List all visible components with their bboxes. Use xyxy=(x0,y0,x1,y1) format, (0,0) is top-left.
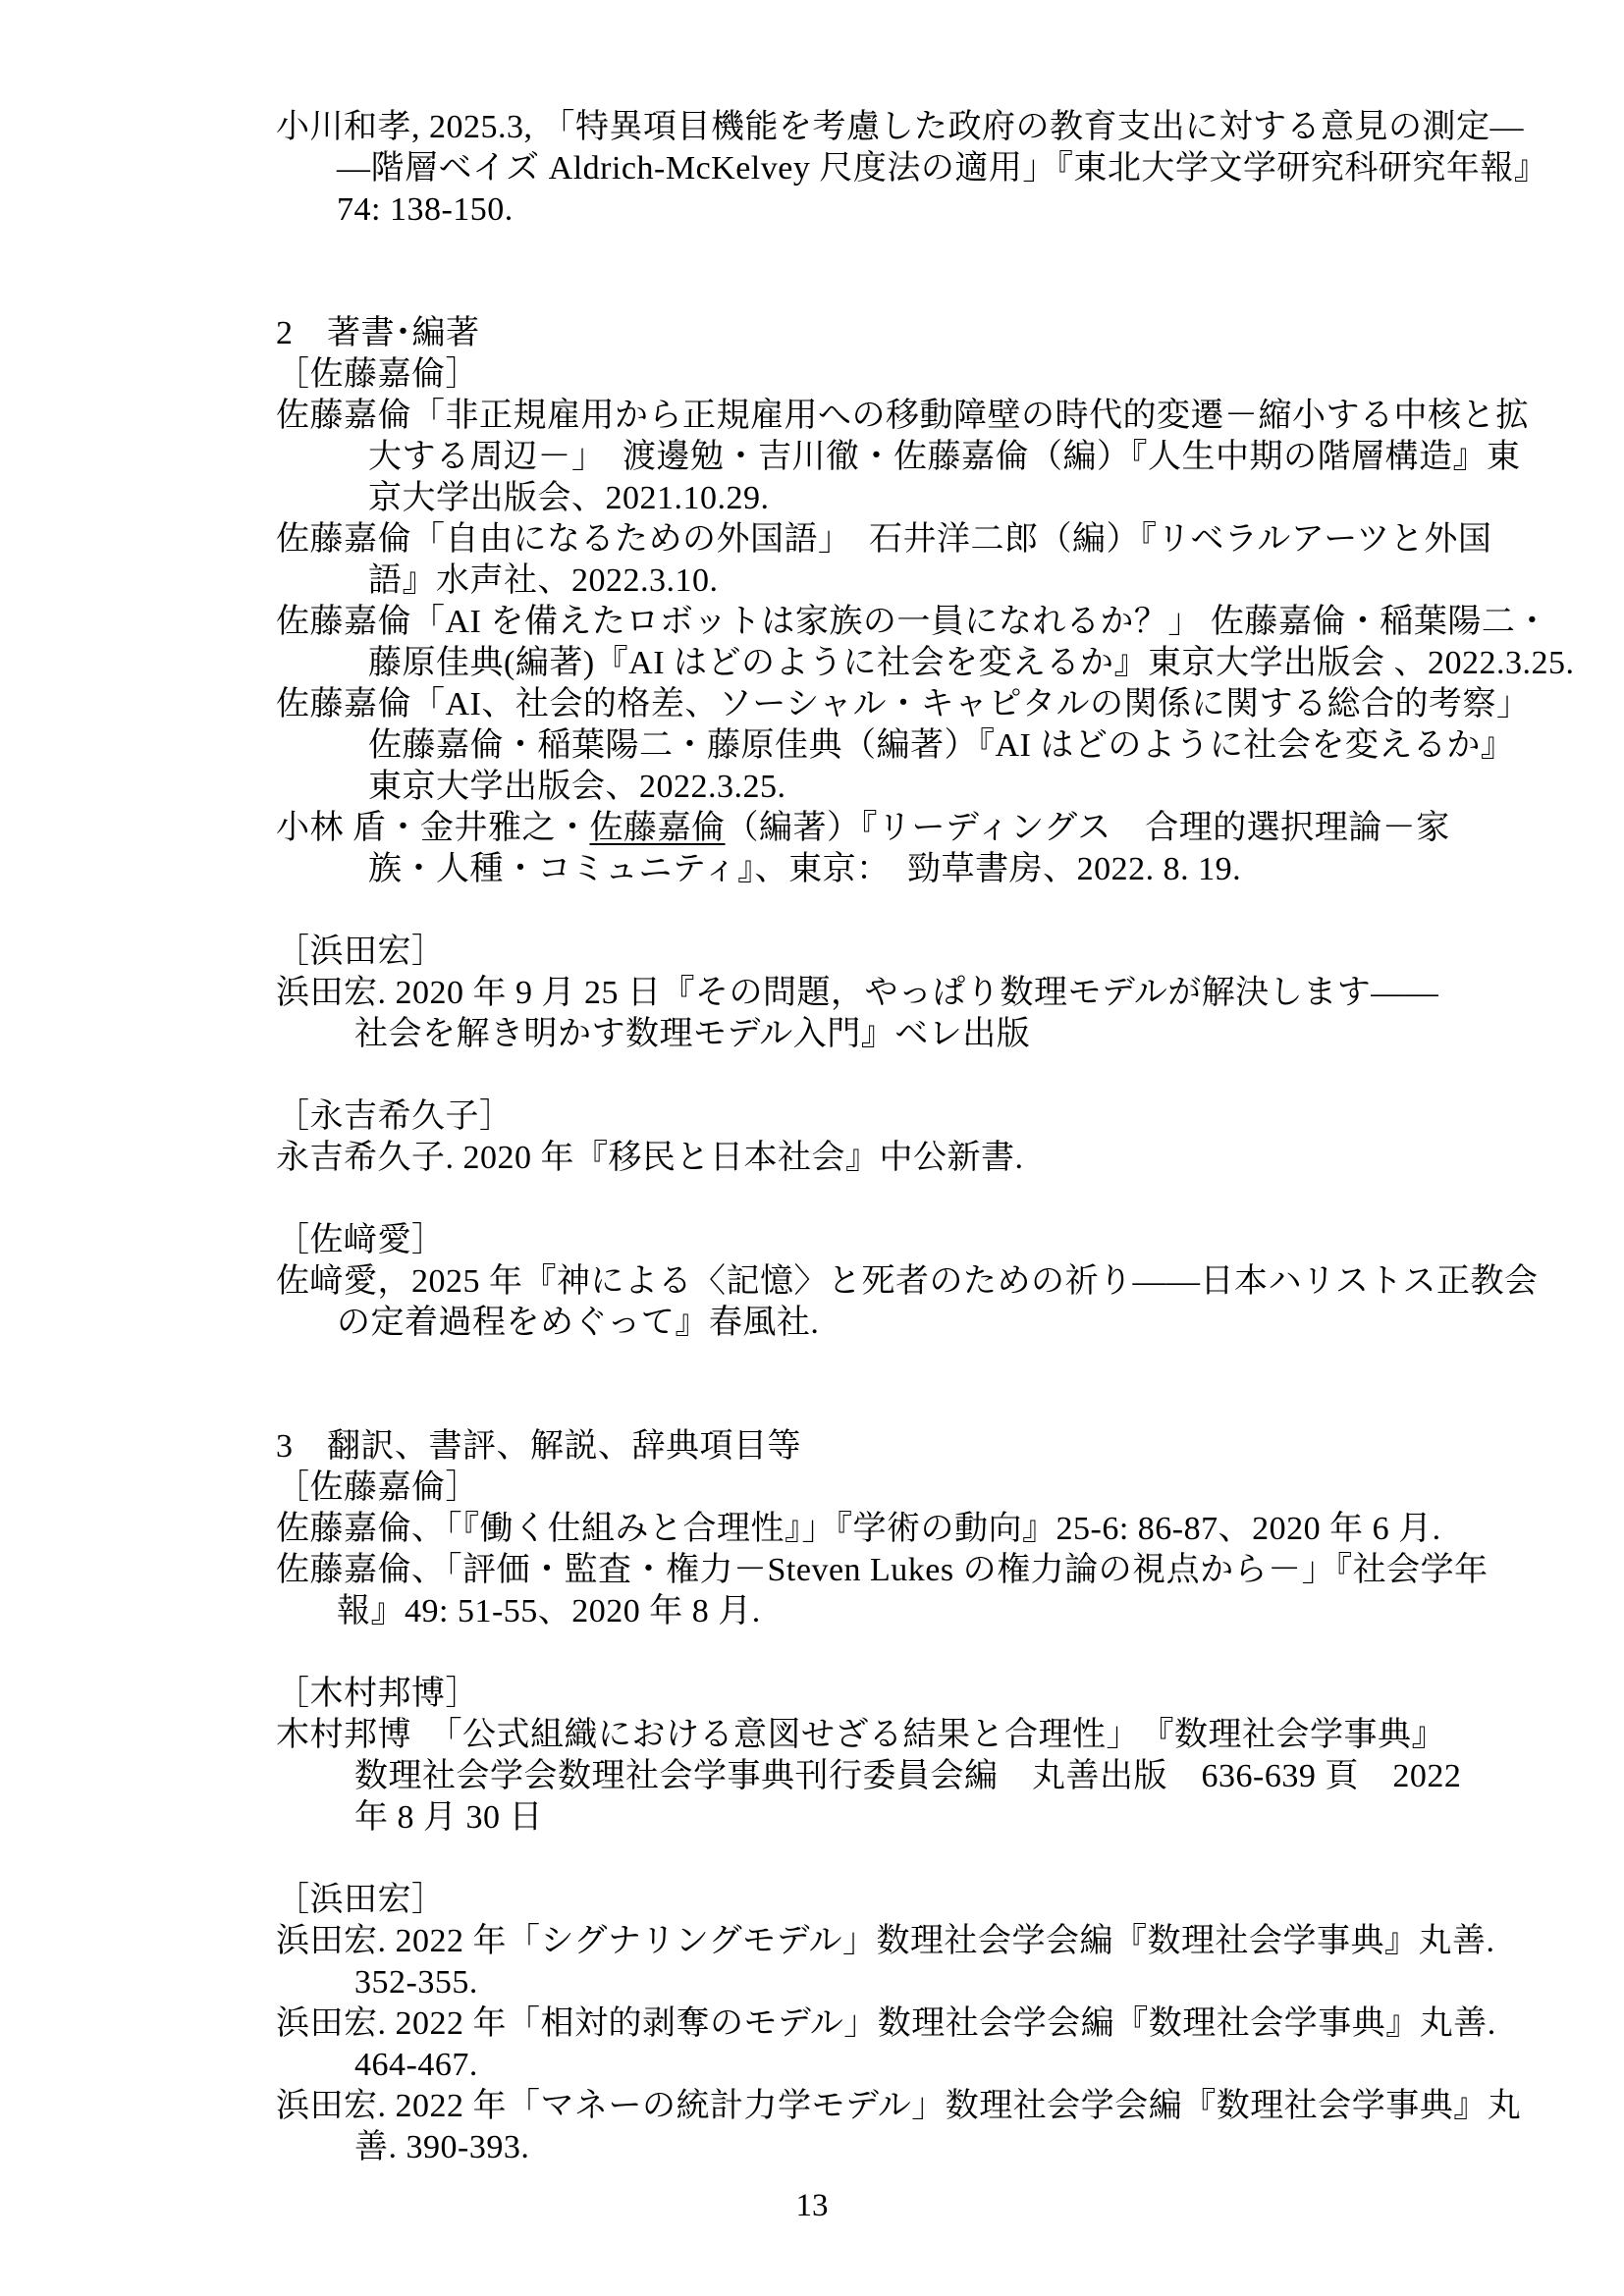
document-line: 2 著書･編著 xyxy=(276,313,1464,354)
document-line: 佐藤嘉倫「自由になるための外国語」 石井洋二郎（編）『リベラルアーツと外国 xyxy=(276,519,1464,561)
blank-line xyxy=(276,1632,1464,1674)
document-line: 木村邦博 「公式組織における意図せざる結果と合理性」 『数理社会学事典』 xyxy=(276,1715,1464,1756)
document-line: 大する周辺－」 渡邊勉・吉川徹・佐藤嘉倫（編）『人生中期の階層構造』東 xyxy=(276,437,1464,478)
document-line: 小川和孝, 2025.3, 「特異項目機能を考慮した政府の教育支出に対する意見の… xyxy=(276,107,1464,148)
text-segment: 小林 盾・金井雅之・ xyxy=(276,810,590,846)
document-line: ［永吉希久子］ xyxy=(276,1096,1464,1138)
page-number: 13 xyxy=(0,2185,1624,2226)
document-line: 永吉希久子. 2020 年『移民と日本社会』中公新書. xyxy=(276,1138,1464,1179)
document-line: 3 翻訳、書評、解説、辞典項目等 xyxy=(276,1426,1464,1468)
document-line: 善. 390-393. xyxy=(276,2127,1464,2168)
document-line: 佐藤嘉倫・稲葉陽二・藤原佳典（編著）『AI はどのように社会を変えるか』 xyxy=(276,725,1464,767)
document-line: 報』49: 51-55、2020 年 8 月. xyxy=(276,1591,1464,1632)
document-line: ［浜田宏］ xyxy=(276,1880,1464,1921)
document-line: ―階層ベイズ Aldrich-McKelvey 尺度法の適用」『東北大学文学研究… xyxy=(276,148,1464,189)
document-line: 年 8 月 30 日 xyxy=(276,1797,1464,1839)
document-line: 佐﨑愛，2025 年『神による〈記憶〉と死者のための祈り――日本ハリストス正教会 xyxy=(276,1261,1464,1303)
document-line: ［佐﨑愛］ xyxy=(276,1220,1464,1261)
document-page: 小川和孝, 2025.3, 「特異項目機能を考慮した政府の教育支出に対する意見の… xyxy=(0,0,1624,2296)
document-line: 佐藤嘉倫「AI を備えたロボットは家族の一員になれるか？」 佐藤嘉倫・稲葉陽二・ xyxy=(276,602,1464,643)
document-line: 族・人種・コミュニティ』、東京： 勁草書房、2022. 8. 19. xyxy=(276,849,1464,890)
document-line: 浜田宏. 2022 年「相対的剥奪のモデル」数理社会学会編『数理社会学事典』丸善… xyxy=(276,2003,1464,2045)
document-line: 352-355. xyxy=(276,1962,1464,2003)
document-line: ［佐藤嘉倫］ xyxy=(276,1468,1464,1509)
blank-line xyxy=(276,231,1464,272)
blank-line xyxy=(276,890,1464,932)
blank-line xyxy=(276,1385,1464,1426)
document-line: 京大学出版会、2021.10.29. xyxy=(276,478,1464,519)
blank-line xyxy=(276,272,1464,313)
document-line: 浜田宏. 2022 年「シグナリングモデル」数理社会学会編『数理社会学事典』丸善… xyxy=(276,1921,1464,1962)
document-line: 佐藤嘉倫、「『働く仕組みと合理性』」『学術の動向』25-6: 86-87、202… xyxy=(276,1509,1464,1550)
document-line: 小林 盾・金井雅之・佐藤嘉倫（編著）『リーディングス 合理的選択理論－家 xyxy=(276,808,1464,849)
document-line: 語』水声社、2022.3.10. xyxy=(276,561,1464,602)
document-body: 小川和孝, 2025.3, 「特異項目機能を考慮した政府の教育支出に対する意見の… xyxy=(276,107,1464,2168)
document-line: 464-467. xyxy=(276,2045,1464,2086)
document-line: ［浜田宏］ xyxy=(276,932,1464,973)
document-line: 佐藤嘉倫、「評価・監査・権力－Steven Lukes の権力論の視点から－」『… xyxy=(276,1550,1464,1591)
blank-line xyxy=(276,1055,1464,1096)
document-line: 東京大学出版会、2022.3.25. xyxy=(276,767,1464,808)
blank-line xyxy=(276,1839,1464,1880)
document-line: 藤原佳典(編著)『AI はどのように社会を変えるか』東京大学出版会 、2022.… xyxy=(276,643,1464,684)
document-line: ［木村邦博］ xyxy=(276,1674,1464,1715)
underlined-author: 佐藤嘉倫 xyxy=(590,810,726,846)
blank-line xyxy=(276,1344,1464,1385)
document-line: 佐藤嘉倫「AI、社会的格差、ソーシャル・キャピタルの関係に関する総合的考察」 xyxy=(276,684,1464,725)
document-line: 社会を解き明かす数理モデル入門』ベレ出版 xyxy=(276,1014,1464,1055)
document-line: の定着過程をめぐって』春風社. xyxy=(276,1303,1464,1344)
blank-line xyxy=(276,1179,1464,1220)
document-line: 浜田宏. 2020 年 9 月 25 日『その問題，やっぱり数理モデルが解決しま… xyxy=(276,973,1464,1014)
text-segment: （編著）『リーディングス 合理的選択理論－家 xyxy=(726,810,1450,846)
document-line: 浜田宏. 2022 年「マネーの統計力学モデル」数理社会学会編『数理社会学事典』… xyxy=(276,2086,1464,2127)
document-line: ［佐藤嘉倫］ xyxy=(276,354,1464,396)
document-line: 74: 138-150. xyxy=(276,189,1464,231)
document-line: 佐藤嘉倫「非正規雇用から正規雇用への移動障壁の時代的変遷－縮小する中核と拡 xyxy=(276,396,1464,437)
document-line: 数理社会学会数理社会学事典刊行委員会編 丸善出版 636-639 頁 2022 xyxy=(276,1756,1464,1797)
